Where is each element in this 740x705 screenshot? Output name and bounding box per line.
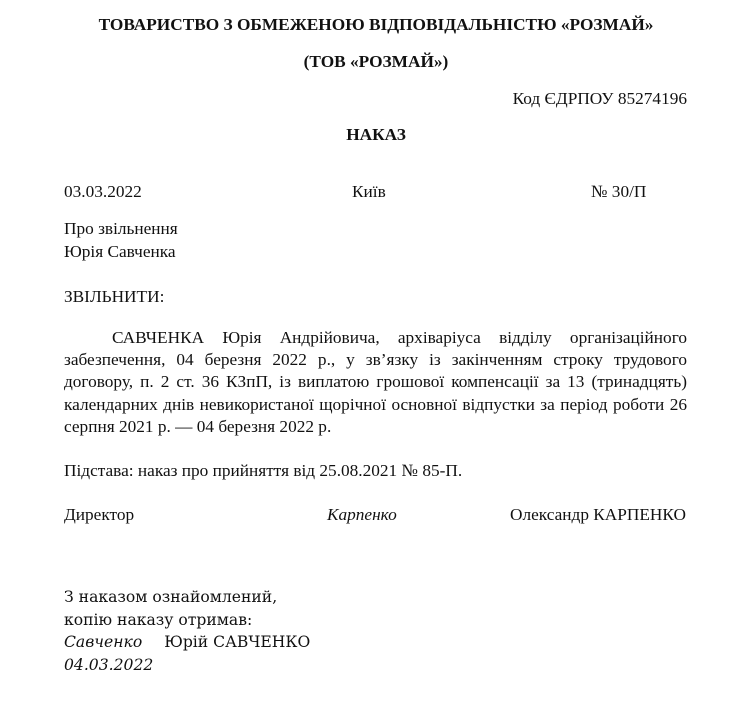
employee-name: Юрій САВЧЕНКО [164, 633, 310, 651]
acknowledgement-date: 04.03.2022 [64, 654, 310, 677]
document-city: Київ [352, 181, 386, 204]
document-subject: Про звільнення Юрія Савченка [64, 218, 178, 263]
employee-signature: Савченко [64, 633, 142, 651]
subject-line-2: Юрія Савченка [64, 241, 178, 264]
signatory-position: Директор [64, 504, 134, 527]
order-document: ТОВАРИСТВО З ОБМЕЖЕНОЮ ВІДПОВІДАЛЬНІСТЮ … [0, 0, 740, 705]
organization-short-name: (ТОВ «РОЗМАЙ») [0, 51, 740, 74]
subject-line-1: Про звільнення [64, 218, 178, 241]
signatory-name: Олександр КАРПЕНКО [510, 504, 686, 527]
acknowledgement-signature-row: СавченкоЮрій САВЧЕНКО [64, 631, 310, 654]
document-date: 03.03.2022 [64, 181, 142, 204]
acknowledgement-block: З наказом ознайомлений, копію наказу отр… [64, 586, 310, 676]
order-verb: ЗВІЛЬНИТИ: [64, 286, 164, 309]
organization-full-name: ТОВАРИСТВО З ОБМЕЖЕНОЮ ВІДПОВІДАЛЬНІСТЮ … [0, 14, 740, 37]
document-number: № 30/П [591, 181, 646, 204]
order-basis: Підстава: наказ про прийняття від 25.08.… [64, 460, 462, 483]
acknowledgement-line-1: З наказом ознайомлений, [64, 586, 310, 609]
edrpou-code: Код ЄДРПОУ 85274196 [513, 88, 687, 111]
acknowledgement-line-2: копію наказу отримав: [64, 609, 310, 632]
document-title: НАКАЗ [0, 124, 740, 147]
order-body: САВЧЕНКА Юрія Андрійовича, архіваріуса в… [64, 327, 687, 438]
signatory-signature: Карпенко [327, 504, 397, 527]
